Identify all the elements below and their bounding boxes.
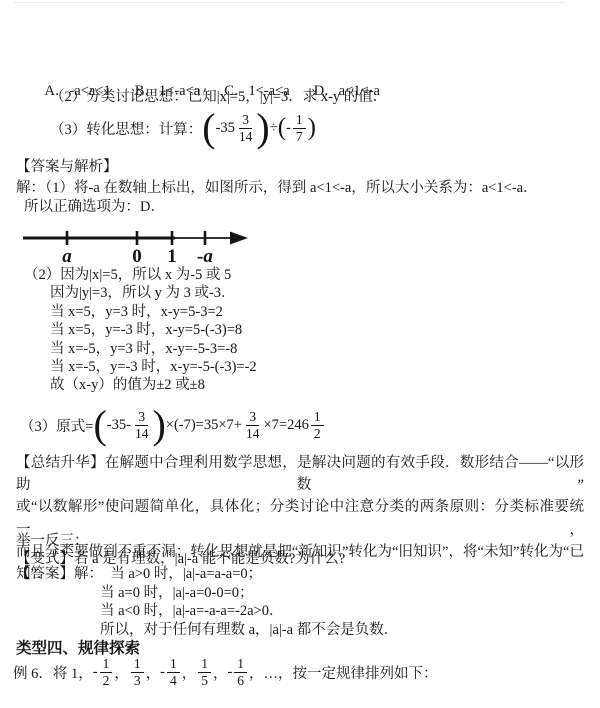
solution-line: 当 x=5，y=3 时，x-y=5-3=2 <box>24 303 257 321</box>
divide-sign: ÷ <box>270 120 278 137</box>
fraction-numerator: 1 <box>234 656 247 673</box>
mid-paren-open: ( <box>278 118 286 138</box>
worksheet-page: { "problem": { "options": { "a": "A．-a<a… <box>0 0 600 708</box>
minus-sign: - <box>286 120 291 137</box>
solution1-line2: 所以正确选项为：D． <box>24 195 165 216</box>
part3-label: （3）转化思想：计算： <box>50 118 202 139</box>
fraction-denominator: 3 <box>132 673 143 689</box>
fraction-numerator: 3 <box>239 112 252 129</box>
solution-line: 因为|y|=3，所以 y 为 3 或-3． <box>24 284 257 302</box>
sequence-term: 15， <box>196 656 227 689</box>
inner-expression: -35- <box>107 417 131 434</box>
variation-answer-line: 当 a<0 时，|a|-a=-a-a=-2a>0． <box>16 602 398 621</box>
numberline-label-neg-a: -a <box>197 246 213 267</box>
mid-paren-close: ) <box>308 118 316 138</box>
summary-line: 【总结升华】在解题中合理利用数学思想，是解决问题的有效手段．数形结合——“以形助… <box>16 452 584 496</box>
fraction-denominator: 4 <box>168 673 179 689</box>
fraction: 314 <box>133 409 151 442</box>
big-paren-open: ( <box>93 409 106 441</box>
summary-line: 或“以数解形”使问题简单化，具体化；分类讨论中注意分类的两条原则：分类标准要统一… <box>16 496 584 540</box>
sequence-term: -14， <box>160 656 196 689</box>
fraction-sign: - <box>160 664 165 681</box>
sequence-term: -12， <box>93 656 129 689</box>
solution-line: 故（x-y）的值为±2 或±8 <box>24 376 257 394</box>
fraction: 17 <box>293 112 306 145</box>
variation-answer-block: 【答案】解： 当 a>0 时，|a|-a=a-a=0； 当 a=0 时，|a|-… <box>16 565 398 639</box>
solution3-prefix: （3）原式= <box>20 415 93 436</box>
numberline-label-zero: 0 <box>132 246 142 267</box>
sequence-term: 13， <box>129 656 160 689</box>
numberline-label-a: a <box>62 246 72 267</box>
solution2-block: （2）因为|x|=5，所以 x 为-5 或 5 因为|y|=3，所以 y 为 3… <box>24 266 257 395</box>
separator-comma: ， <box>114 662 129 683</box>
fraction-numerator: 1 <box>167 656 180 673</box>
sequence-term: -16， <box>227 656 263 689</box>
fraction-denominator: 14 <box>133 426 151 442</box>
separator-comma: ， <box>249 662 264 683</box>
fraction-numerator: 3 <box>246 409 259 426</box>
fraction-denominator: 14 <box>237 129 255 145</box>
fraction-denominator: 5 <box>199 673 210 689</box>
fraction-sign: - <box>93 664 98 681</box>
fraction-denominator: 6 <box>235 673 246 689</box>
variation-answer-line: 当 a=0 时，|a|-a=0-0=0； <box>16 584 398 603</box>
solution-line: 当 x=-5，y=3 时，x-y=-5-3=-8 <box>24 340 257 358</box>
fraction: 14 <box>167 656 180 689</box>
fraction-numerator: 1 <box>311 409 324 426</box>
separator-comma: ， <box>146 662 161 683</box>
problem-part3: （3）转化思想：计算： ( -35 314 ) ÷ ( - 17 ) <box>50 102 316 154</box>
solution-line: 当 x=-5，y=-3 时，x-y=-5-(-3)=-2 <box>24 358 257 376</box>
number-line: a 0 1 -a <box>22 221 266 267</box>
fraction: 13 <box>131 656 144 689</box>
fraction-numerator: 1 <box>293 112 306 129</box>
expression-middle: ×(-7)=35×7+ <box>166 417 242 434</box>
fraction: 12 <box>100 656 113 689</box>
fraction: 15 <box>198 656 211 689</box>
arrow-head-icon <box>230 232 248 245</box>
solution-line: 当 x=5，y=-3 时，x-y=5-(-3)=8 <box>24 321 257 339</box>
numberline-label-one: 1 <box>167 246 177 267</box>
variation-answer-line: 【答案】解： 当 a>0 时，|a|-a=a-a=0； <box>16 565 398 584</box>
page-top-border <box>14 2 566 3</box>
example6-prefix: 例 6．将 1， <box>13 662 93 683</box>
fraction-numerator: 1 <box>198 656 211 673</box>
fraction-numerator: 1 <box>131 656 144 673</box>
fraction: 314 <box>237 112 255 145</box>
fraction: 314 <box>244 409 262 442</box>
big-paren-open: ( <box>202 112 215 144</box>
separator-comma: ， <box>182 662 197 683</box>
number-line-figure: a 0 1 -a <box>22 221 266 267</box>
fraction-denominator: 2 <box>312 426 323 442</box>
solution1-line1: 解：（1）将-a 在数轴上标出，如图所示，得到 a<1<-a，所以大小关系为：a… <box>16 176 538 197</box>
example6-line: 例 6．将 1， -12， 13， -14， 15， -16， …，按一定规律排… <box>13 651 438 693</box>
big-paren-close: ) <box>256 112 269 144</box>
example6-suffix: …，按一定规律排列如下： <box>264 662 438 683</box>
answer-section-header: 【答案与解析】 <box>16 155 118 176</box>
expression-result: ×7=246 <box>263 417 308 434</box>
fraction-sign: - <box>227 664 232 681</box>
solution3-formula: （3）原式= ( -35- 314 ) ×(-7)=35×7+ 314 ×7=2… <box>20 401 326 449</box>
fraction-denominator: 14 <box>244 426 262 442</box>
fraction-numerator: 1 <box>100 656 113 673</box>
solution-line: （2）因为|x|=5，所以 x 为-5 或 5 <box>24 266 257 284</box>
separator-comma: ， <box>213 662 228 683</box>
fraction-denominator: 7 <box>294 129 305 145</box>
fraction: 16 <box>234 656 247 689</box>
mixed-integer: -35 <box>216 120 235 137</box>
fraction: 12 <box>311 409 324 442</box>
fraction-denominator: 2 <box>101 673 112 689</box>
big-paren-close: ) <box>152 409 165 441</box>
fraction-numerator: 3 <box>135 409 148 426</box>
